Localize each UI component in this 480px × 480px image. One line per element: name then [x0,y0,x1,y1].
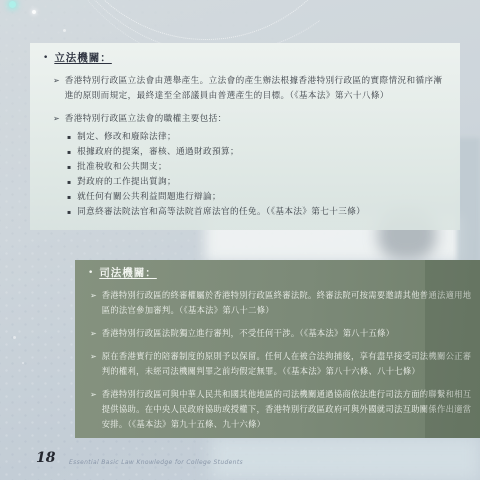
arrow-bullet-icon: ➢ [53,112,60,127]
paragraph-text: 香港特別行政區的終審權屬於香港特別行政區終審法院。終審法院可按需要邀請其他普通法… [102,288,472,318]
power-item-text: 對政府的工作提出質詢； [77,175,176,190]
power-item-text: 批准稅收和公共開支； [77,160,167,175]
power-item: ▪ 制定、修改和廢除法律； [67,130,451,145]
judiciary-paragraph: ➢ 香港特別行政區的終審權屬於香港特別行政區終審法院。終審法院可按需要邀請其他普… [90,288,472,318]
right-edge-strip [457,138,480,264]
judiciary-paragraph: ➢ 香港特別行政區可與中華人民共和國其他地區的司法機關通過協商依法進行司法方面的… [90,387,472,432]
legislature-heading-text: 立法機關： [54,52,112,65]
power-item-text: 根據政府的提案，審核、通過財政預算； [77,145,239,160]
judiciary-paragraph-list: ➢ 香港特別行政區的終審權屬於香港特別行政區終審法院。終審法院可按需要邀請其他普… [85,288,472,432]
page-number: 18 [36,450,55,466]
power-item: ▪ 對政府的工作提出質詢； [67,175,451,190]
square-bullet-icon: ▪ [67,160,71,175]
bottom-right-light-area [210,436,480,480]
square-bullet-icon: ▪ [67,205,71,220]
arrow-bullet-icon: ➢ [90,349,97,379]
arrow-bullet-icon: ➢ [90,288,97,318]
judiciary-heading: • 司法機關： [88,267,472,280]
glow-dot-icon [13,336,16,339]
power-item: ▪ 就任何有關公共利益問題進行辯論； [67,190,451,205]
square-bullet-icon: ▪ [67,175,71,190]
power-item-text: 就任何有關公共利益問題進行辯論； [77,190,221,205]
judiciary-paragraph: ➢ 香港特別行政區法院獨立進行審判，不受任何干涉。（《基本法》第八十五條） [90,326,472,341]
square-bullet-icon: ▪ [67,190,71,205]
glow-dot-icon [32,10,36,14]
dotted-arc [48,0,320,43]
bullet-dot-icon: • [88,267,93,280]
legislature-powers-list: ▪ 制定、修改和廢除法律； ▪ 根據政府的提案，審核、通過財政預算； ▪ 批准稅… [67,130,451,220]
dotted-arc-decoration [0,0,320,43]
legislature-paragraph: ➢ 香港特別行政區立法會由選舉產生。立法會的產生辦法根據香港特別行政區的實際情況… [53,74,451,103]
power-item-text: 制定、修改和廢除法律； [77,130,176,145]
paragraph-text: 香港特別行政區立法會的職權主要包括： [65,112,227,127]
dotted-arc [55,0,320,40]
power-item-text: 同意終審法院法官和高等法院首席法官的任免。（《基本法》第七十三條） [77,205,365,220]
judiciary-paragraph: ➢ 原在香港實行的陪審制度的原則予以保留。任何人在被合法拘捕後，享有盡早接受司法… [90,349,472,379]
slide-background: • 立法機關： ➢ 香港特別行政區立法會由選舉產生。立法會的產生辦法根據香港特別… [0,0,480,480]
legislature-heading: • 立法機關： [43,52,451,65]
legislature-section: • 立法機關： ➢ 香港特別行政區立法會由選舉產生。立法會的產生辦法根據香港特別… [30,43,460,230]
power-item: ▪ 同意終審法院法官和高等法院首席法官的任免。（《基本法》第七十三條） [67,205,451,220]
paragraph-text: 原在香港實行的陪審制度的原則予以保留。任何人在被合法拘捕後，享有盡早接受司法機關… [102,349,472,379]
glow-dot-icon [22,362,24,364]
booklet-title: Essential Basic Law Knowledge for Colleg… [69,459,243,466]
legislature-paragraph-list: ➢ 香港特別行政區立法會由選舉產生。立法會的產生辦法根據香港特別行政區的實際情況… [40,74,451,127]
judiciary-section: • 司法機關： ➢ 香港特別行政區的終審權屬於香港特別行政區終審法院。終審法院可… [75,260,480,438]
glow-dot-icon [63,29,66,32]
glow-dot-icon [9,1,16,8]
power-item: ▪ 根據政府的提案，審核、通過財政預算； [67,145,451,160]
judiciary-heading-text: 司法機關： [99,267,157,280]
bullet-dot-icon: • [43,52,48,65]
square-bullet-icon: ▪ [67,145,71,160]
paragraph-text: 香港特別行政區法院獨立進行審判，不受任何干涉。（《基本法》第八十五條） [102,326,395,341]
paragraph-text: 香港特別行政區可與中華人民共和國其他地區的司法機關通過協商依法進行司法方面的聯繫… [102,387,472,432]
dotted-arc [42,0,320,43]
arrow-bullet-icon: ➢ [90,387,97,432]
arrow-bullet-icon: ➢ [53,74,60,103]
arrow-bullet-icon: ➢ [90,326,97,341]
power-item: ▪ 批准稅收和公共開支； [67,160,451,175]
legislature-paragraph: ➢ 香港特別行政區立法會的職權主要包括： [53,112,451,127]
paragraph-text: 香港特別行政區立法會由選舉產生。立法會的產生辦法根據香港特別行政區的實際情況和循… [65,74,451,103]
square-bullet-icon: ▪ [67,130,71,145]
